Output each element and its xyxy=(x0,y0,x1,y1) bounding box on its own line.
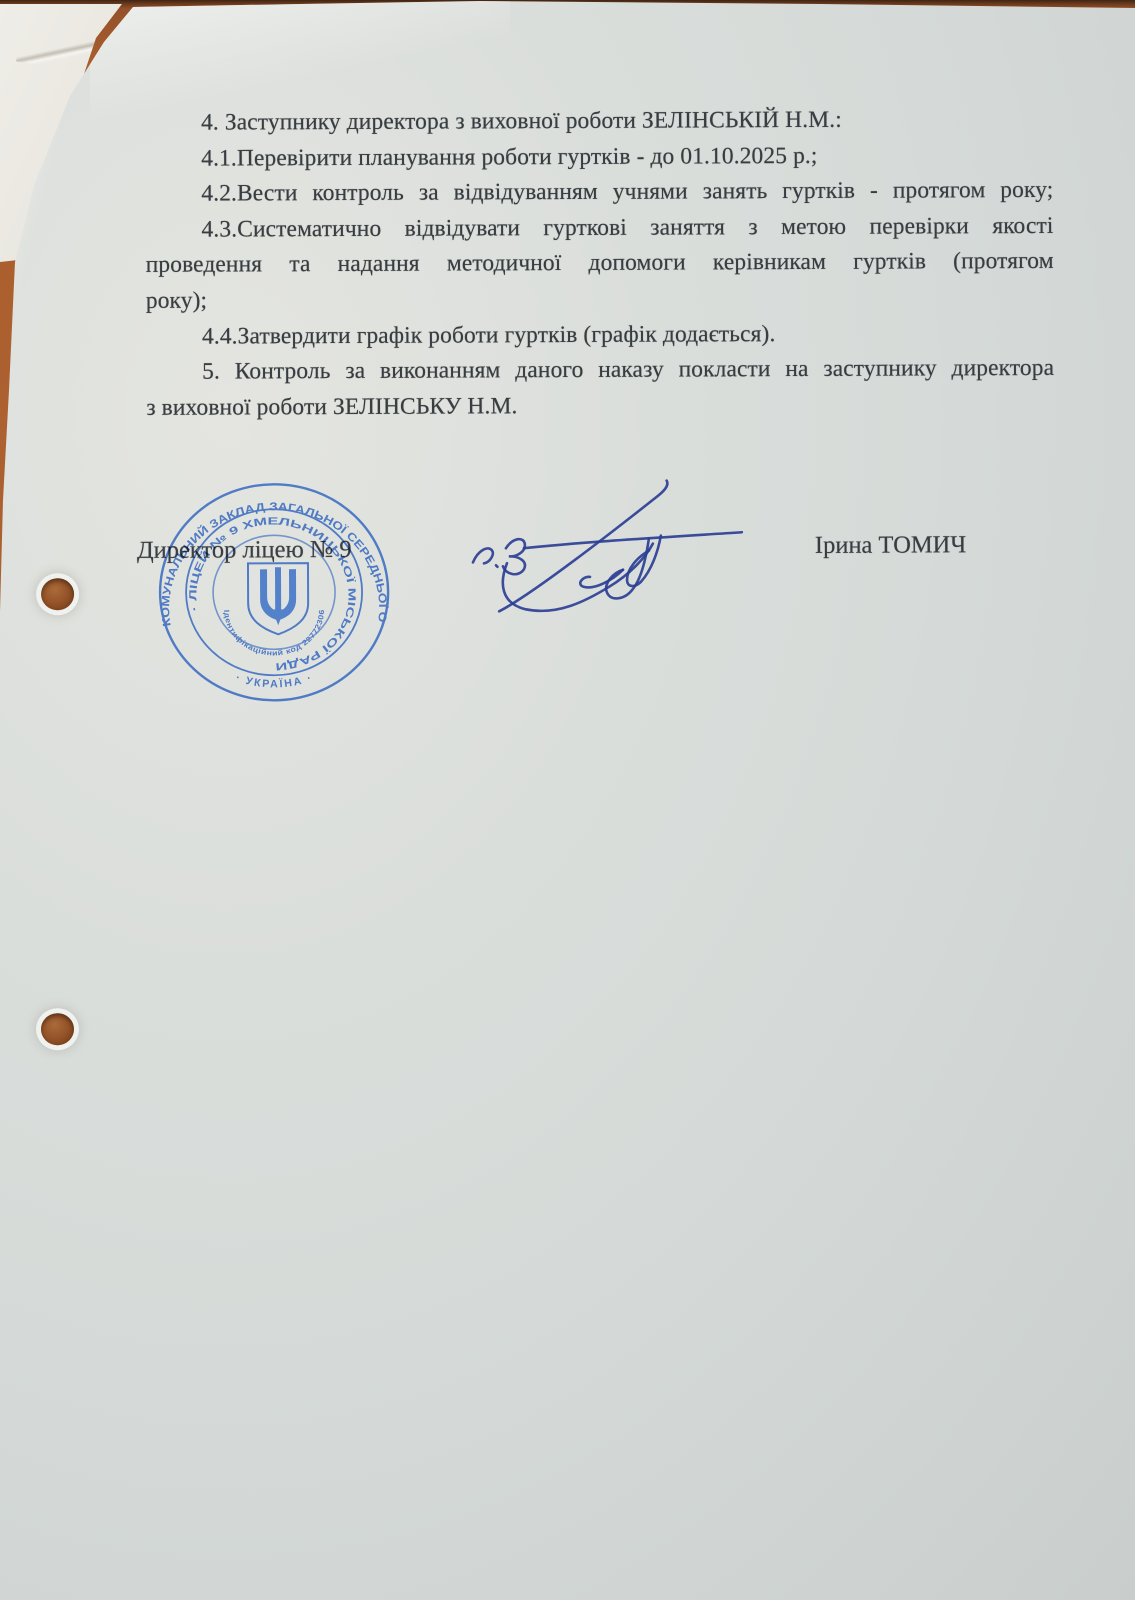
punch-hole-bottom xyxy=(41,1013,74,1045)
body-text-line: 5. Контроль за виконанням даного наказу … xyxy=(146,351,1054,391)
desk-surface: 4. Заступнику директора з виховної робот… xyxy=(0,0,1135,1600)
body-text-line: 4. Заступнику директора з виховної робот… xyxy=(145,102,1053,142)
signer-name-label: Ірина ТОМИЧ xyxy=(815,531,966,560)
body-text-line: проведення та надання методичної допомог… xyxy=(146,244,1054,284)
body-text-line: 4.3.Систематично відвідувати гурткові за… xyxy=(145,209,1053,249)
body-text-line: 4.4.Затвердити графік роботи гуртків (гр… xyxy=(146,315,1054,355)
signature-strokes xyxy=(473,480,743,611)
page-content: 4. Заступнику директора з виховної робот… xyxy=(0,0,1135,1600)
body-text-line: 4.1.Перевірити планування роботи гуртків… xyxy=(145,137,1053,177)
body-text-line: 4.2.Вести контроль за відвідуванням учня… xyxy=(145,173,1053,213)
document-page: 4. Заступнику директора з виховної робот… xyxy=(0,0,1135,1600)
punch-hole-top xyxy=(41,578,74,610)
signature-ink xyxy=(423,449,764,670)
tryzub-icon xyxy=(248,563,308,634)
official-stamp: КОМУНАЛЬНИЙ ЗАКЛАД ЗАГАЛЬНОЇ СЕРЕДНЬОЇ О… xyxy=(154,479,395,706)
body-text-line: року); xyxy=(146,280,1054,320)
stamp-country-text: · УКРАЇНА · xyxy=(234,671,315,690)
body-text-line: з виховної роботи ЗЕЛІНСЬКУ Н.М. xyxy=(146,387,1054,427)
document-body-text: 4. Заступнику директора з виховної робот… xyxy=(145,102,1054,426)
svg-text:· УКРАЇНА ·: · УКРАЇНА · xyxy=(234,671,315,690)
